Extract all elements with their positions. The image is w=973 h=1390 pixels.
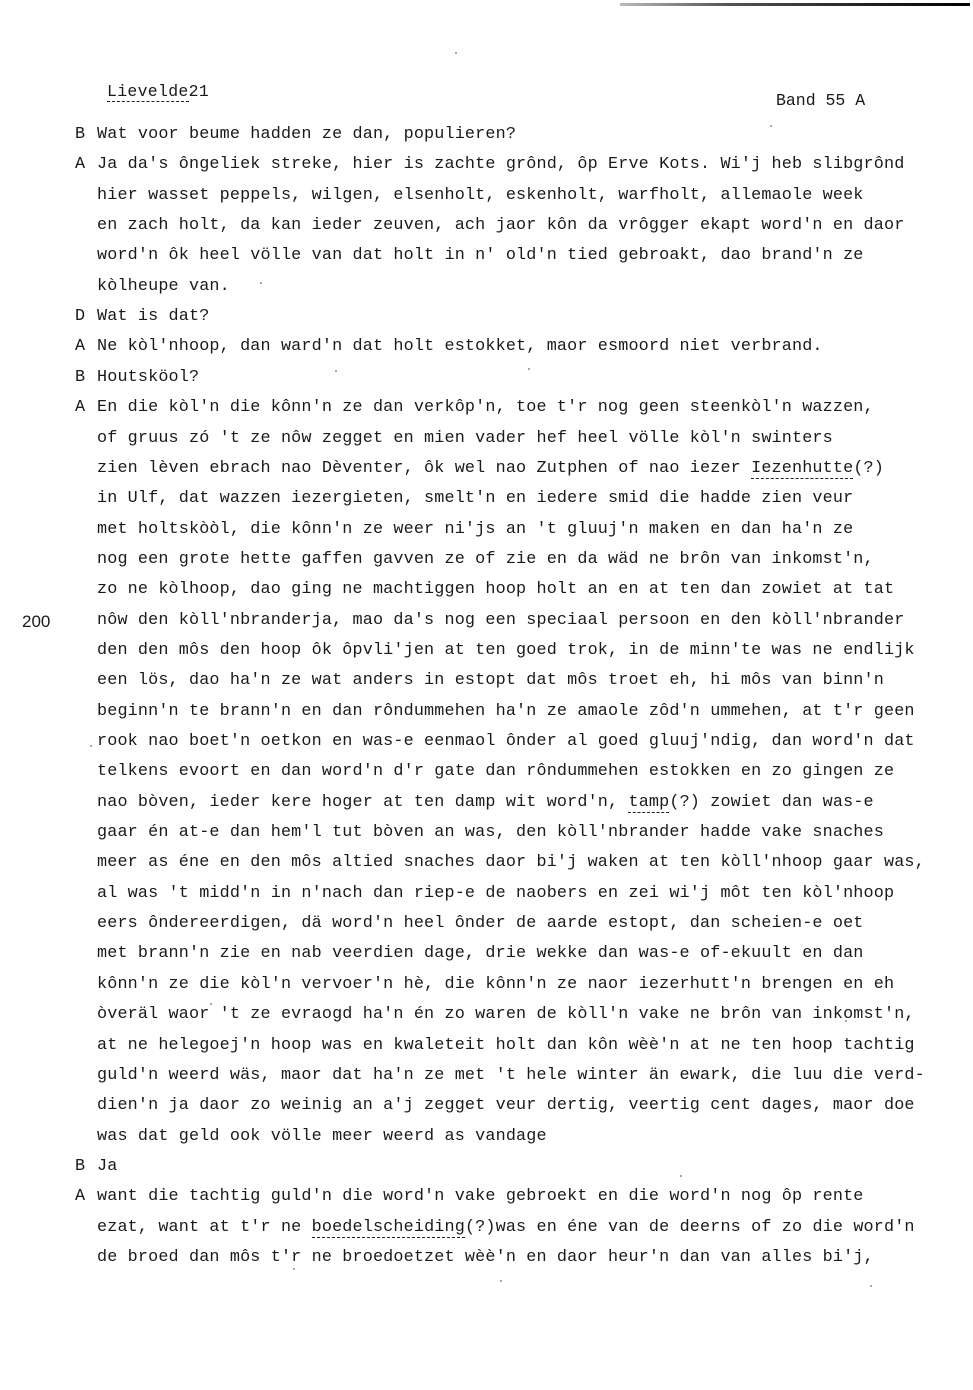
transcript-line: hier wasset peppels, wilgen, elsenholt, …: [75, 181, 864, 211]
transcript-line: gaar én at-e dan hem'l tut bòven an was,…: [75, 818, 884, 848]
scan-speck: [90, 745, 92, 747]
speaker-label: B: [75, 363, 97, 393]
line-text: kônn'n ze die kòl'n vervoer'n hè, die kô…: [97, 975, 894, 994]
scan-speck: [770, 125, 772, 127]
transcript-line: ezat, want at t'r ne boedelscheiding(?)w…: [75, 1213, 915, 1243]
transcript-line: nôw den kòll'nbranderja, mao da's nog ee…: [75, 606, 904, 636]
transcript-line: kòlheupe van.: [75, 272, 230, 302]
uncertain-word: boedelscheiding: [312, 1218, 465, 1238]
transcript-line: nao bòven, ieder kere hoger at ten damp …: [75, 788, 874, 818]
speaker-label: A: [75, 393, 97, 423]
line-text: telkens evoort en dan word'n d'r gate da…: [97, 762, 894, 781]
transcript-line: zo ne kòlhoop, dao ging ne machtiggen ho…: [75, 575, 894, 605]
transcript-line: AJa da's ôngeliek streke, hier is zachte…: [75, 150, 904, 180]
line-text: den den môs den hoop ôk ôpvli'jen at ten…: [97, 641, 915, 660]
scan-speck: [293, 1268, 295, 1270]
transcript-line: zien lèven ebrach nao Dèventer, ôk wel n…: [75, 454, 884, 484]
line-text: nog een grote hette gaffen gavven ze of …: [97, 550, 874, 569]
transcript-line: meer as éne en den môs altied snaches da…: [75, 848, 925, 878]
line-text: met holtskòòl, die kônn'n ze weer ni'js …: [97, 520, 853, 539]
transcript-line: den den môs den hoop ôk ôpvli'jen at ten…: [75, 636, 915, 666]
speaker-label: B: [75, 120, 97, 150]
line-text: zo ne kòlhoop, dao ging ne machtiggen ho…: [97, 580, 894, 599]
transcript-line: en zach holt, da kan ieder zeuven, ach j…: [75, 211, 904, 241]
margin-line-number: 200: [22, 612, 50, 632]
line-text: at ne helegoej'n hoop was en kwaleteit h…: [97, 1036, 915, 1055]
speaker-label: D: [75, 302, 97, 332]
line-text: guld'n weerd wäs, maor dat ha'n ze met '…: [97, 1066, 925, 1085]
line-text: de broed dan môs t'r ne broedoetzet wèè'…: [97, 1248, 874, 1267]
transcript-line: de broed dan môs t'r ne broedoetzet wèè'…: [75, 1243, 874, 1273]
transcript-line: BJa: [75, 1152, 117, 1182]
transcript-line: dien'n ja daor zo weinig an a'j zegget v…: [75, 1091, 915, 1121]
transcript-line: kônn'n ze die kòl'n vervoer'n hè, die kô…: [75, 970, 894, 1000]
line-text: dien'n ja daor zo weinig an a'j zegget v…: [97, 1096, 915, 1115]
line-text: hier wasset peppels, wilgen, elsenholt, …: [97, 186, 864, 205]
line-text: of gruus zó 't ze nôw zegget en mien vad…: [97, 429, 833, 448]
transcript-line: BHoutsköol?: [75, 363, 199, 393]
line-text: rook nao boet'n oetkon en was-e eenmaol …: [97, 732, 915, 751]
scan-speck: [260, 282, 262, 284]
place-name: Lievelde: [107, 82, 189, 102]
transcript-line: Awant die tachtig guld'n die word'n vake…: [75, 1182, 864, 1212]
line-text: Ja: [97, 1157, 117, 1176]
scan-speck: [210, 1003, 212, 1005]
line-text-continued: (?): [853, 459, 884, 478]
transcript-line: ANe kòl'nhoop, dan ward'n dat holt estok…: [75, 332, 823, 362]
transcript-line: AEn die kòl'n die kônn'n ze dan verkôp'n…: [75, 393, 874, 423]
line-text: eers ôndereerdigen, dä word'n heel ônder…: [97, 914, 864, 933]
line-text: Wat voor beume hadden ze dan, populieren…: [97, 125, 516, 144]
line-text: want die tachtig guld'n die word'n vake …: [97, 1187, 864, 1206]
line-text: een lös, dao ha'n ze wat anders in estop…: [97, 671, 884, 690]
transcript-line: BWat voor beume hadden ze dan, populiere…: [75, 120, 516, 150]
scan-edge-rule: [620, 3, 970, 6]
scan-speck: [335, 370, 337, 372]
line-text: nao bòven, ieder kere hoger at ten damp …: [97, 793, 628, 812]
uncertain-word: tamp: [628, 793, 669, 813]
line-text: in Ulf, dat wazzen iezergieten, smelt'n …: [97, 489, 853, 508]
line-text: ezat, want at t'r ne: [97, 1218, 312, 1237]
line-text: meer as éne en den môs altied snaches da…: [97, 853, 925, 872]
transcript-line: at ne helegoej'n hoop was en kwaleteit h…: [75, 1031, 915, 1061]
transcript-line: òveräl waor 't ze evraogd ha'n én zo war…: [75, 1000, 915, 1030]
line-text-continued: (?) zowiet dan was-e: [669, 793, 873, 812]
speaker-label: A: [75, 150, 97, 180]
scan-speck: [455, 52, 457, 54]
line-text: òveräl waor 't ze evraogd ha'n én zo war…: [97, 1005, 915, 1024]
document-header-location: Lievelde21: [107, 82, 209, 101]
line-text: Ja da's ôngeliek streke, hier is zachte …: [97, 155, 904, 174]
line-text: en zach holt, da kan ieder zeuven, ach j…: [97, 216, 904, 235]
line-text: beginn'n te brann'n en dan rôndummehen h…: [97, 702, 915, 721]
speaker-label: A: [75, 332, 97, 362]
line-text-continued: (?)was en éne van de deerns of zo die wo…: [465, 1218, 915, 1237]
place-number: 21: [189, 82, 209, 101]
uncertain-word: Iezenhutte: [751, 459, 853, 479]
scan-speck: [500, 1280, 502, 1282]
line-text: word'n ôk heel völle van dat holt in n' …: [97, 246, 864, 265]
line-text: Wat is dat?: [97, 307, 209, 326]
transcript-line: was dat geld ook völle meer weerd as van…: [75, 1122, 547, 1152]
scan-speck: [680, 1175, 682, 1177]
line-text: al was 't midd'n in n'nach dan riep-e de…: [97, 884, 894, 903]
speaker-label: A: [75, 1182, 97, 1212]
transcript-line: al was 't midd'n in n'nach dan riep-e de…: [75, 879, 894, 909]
transcript-line: rook nao boet'n oetkon en was-e eenmaol …: [75, 727, 915, 757]
transcript-line: met brann'n zie en nab veerdien dage, dr…: [75, 939, 864, 969]
scan-speck: [870, 1285, 872, 1287]
line-text: Ne kòl'nhoop, dan ward'n dat holt estokk…: [97, 337, 823, 356]
scan-speck: [845, 1020, 847, 1022]
line-text: kòlheupe van.: [97, 277, 230, 296]
transcript-line: nog een grote hette gaffen gavven ze of …: [75, 545, 874, 575]
speaker-label: B: [75, 1152, 97, 1182]
line-text: zien lèven ebrach nao Dèventer, ôk wel n…: [97, 459, 751, 478]
transcript-line: guld'n weerd wäs, maor dat ha'n ze met '…: [75, 1061, 925, 1091]
line-text: gaar én at-e dan hem'l tut bòven an was,…: [97, 823, 884, 842]
tape-label: Band 55 A: [776, 91, 865, 110]
transcript-line: telkens evoort en dan word'n d'r gate da…: [75, 757, 894, 787]
line-text: was dat geld ook völle meer weerd as van…: [97, 1127, 547, 1146]
line-text: nôw den kòll'nbranderja, mao da's nog ee…: [97, 611, 904, 630]
line-text: En die kòl'n die kônn'n ze dan verkôp'n,…: [97, 398, 874, 417]
transcript-line: DWat is dat?: [75, 302, 209, 332]
scan-speck: [528, 368, 530, 370]
transcript-line: of gruus zó 't ze nôw zegget en mien vad…: [75, 424, 833, 454]
line-text: met brann'n zie en nab veerdien dage, dr…: [97, 944, 864, 963]
transcript-line: met holtskòòl, die kônn'n ze weer ni'js …: [75, 515, 853, 545]
line-text: Houtsköol?: [97, 368, 199, 387]
transcript-line: in Ulf, dat wazzen iezergieten, smelt'n …: [75, 484, 853, 514]
transcript-line: eers ôndereerdigen, dä word'n heel ônder…: [75, 909, 864, 939]
transcript-line: beginn'n te brann'n en dan rôndummehen h…: [75, 697, 915, 727]
transcript-line: een lös, dao ha'n ze wat anders in estop…: [75, 666, 884, 696]
transcript-line: word'n ôk heel völle van dat holt in n' …: [75, 241, 864, 271]
